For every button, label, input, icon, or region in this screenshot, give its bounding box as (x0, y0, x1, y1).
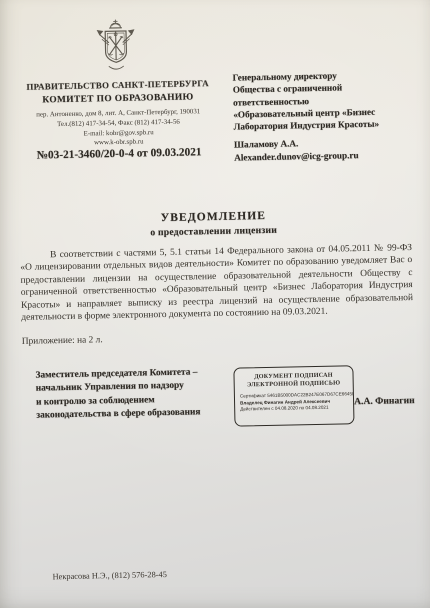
letterhead-contacts: пер. Антоненко, дом 8, лит. А, Санкт-Пет… (6, 107, 231, 151)
signer-position-block: Заместитель председателя Комитета – нача… (35, 365, 242, 422)
attachment-note: Приложение: на 2 л. (22, 335, 103, 347)
stamp-header-line2: ЭЛЕКТРОННОЙ ПОДПИСЬЮ (235, 379, 353, 389)
scanned-letter-photo: ПРАВИТЕЛЬСТВО САНКТ-ПЕТЕРБУРГА КОМИТЕТ П… (0, 0, 430, 608)
addressee-line: Лаборатория Индустрия Красоты» (233, 117, 417, 133)
executor-contact: Некрасова Н.Э., (812) 576-28-45 (52, 570, 167, 581)
signer-name: А.А. Финагин (354, 395, 415, 407)
government-name: ПРАВИТЕЛЬСТВО САНКТ-ПЕТЕРБУРГА (6, 78, 230, 92)
signer-position-line: законодательства в сфере образования (36, 405, 242, 422)
addressee-email: Alexander.dunov@icg-group.ru (234, 148, 418, 164)
body-paragraph: В соответствии с частями 5, 5.1 статьи 1… (20, 242, 413, 325)
addressee-block: Генеральному директору Общества с ограни… (232, 68, 418, 164)
document-title-block: УВЕДОМЛЕНИЕ о предоставлении лицензии (0, 207, 429, 242)
letter-page: ПРАВИТЕЛЬСТВО САНКТ-ПЕТЕРБУРГА КОМИТЕТ П… (0, 0, 430, 608)
spb-coat-of-arms-icon (91, 17, 140, 78)
electronic-signature-stamp: ДОКУМЕНТ ПОДПИСАН ЭЛЕКТРОННОЙ ПОДПИСЬЮ С… (233, 365, 354, 426)
committee-name: КОМИТЕТ ПО ОБРАЗОВАНИЮ (6, 92, 230, 106)
stamp-validity: Действителен с 04.08.2020 по 04.08.2021 (240, 405, 350, 414)
